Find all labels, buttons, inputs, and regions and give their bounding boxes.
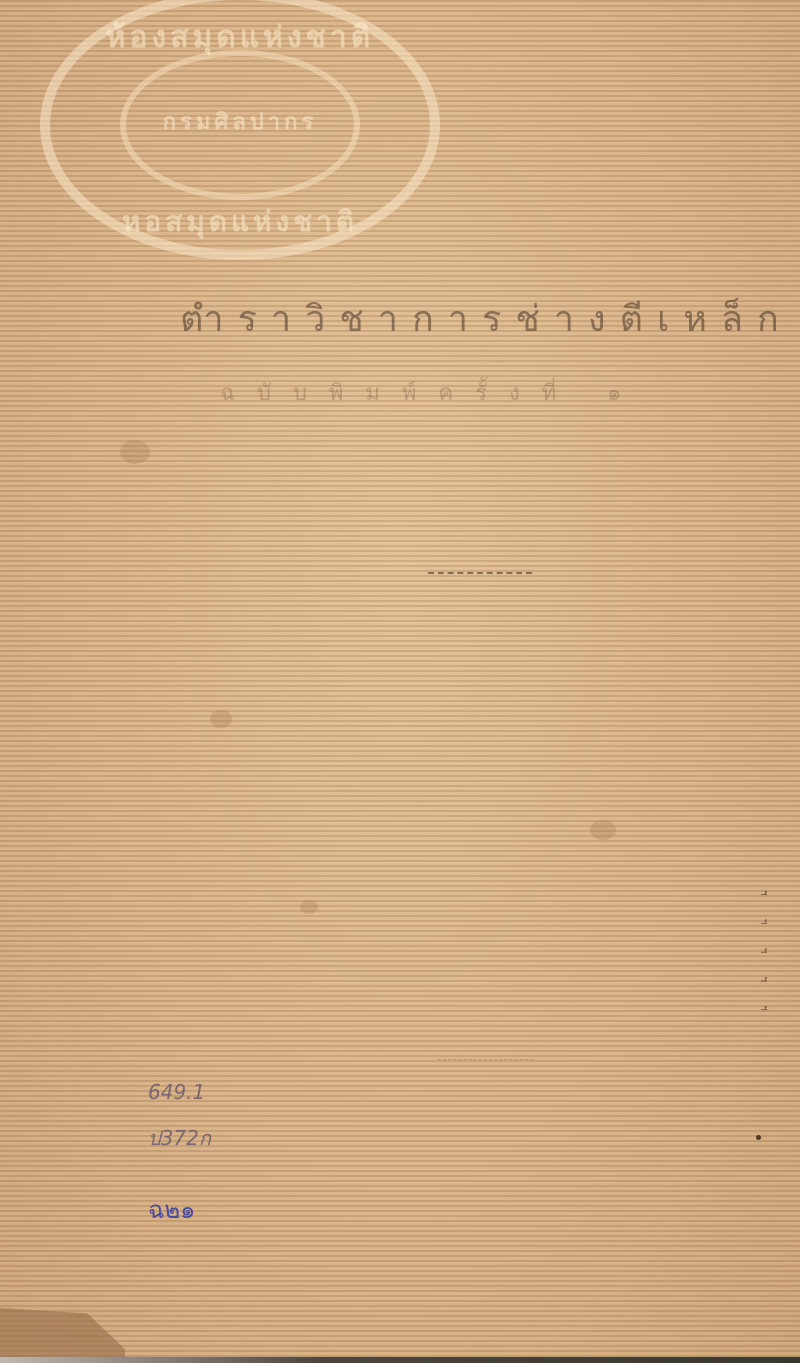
- document-title: ตำราวิชาการช่างตีเหล็ก: [180, 290, 770, 347]
- stain: [210, 710, 232, 728]
- stain: [120, 440, 150, 464]
- divider-rule: [428, 572, 532, 574]
- scan-bottom-edge: [0, 1357, 800, 1363]
- stain: [300, 900, 318, 914]
- library-stamp: ห้องสมุดแห่งชาติ กรมศิลปากร หอสมุดแห่งชา…: [40, 0, 440, 260]
- stain: [590, 820, 616, 840]
- stamp-middle-text: กรมศิลปากร: [50, 104, 430, 139]
- torn-corner: [0, 1308, 125, 1363]
- stamp-bottom-text: หอสมุดแห่งชาติ: [50, 200, 430, 244]
- divider-rule-faint: [438, 1059, 533, 1060]
- call-number-copy: ฉ๒๑: [148, 1190, 195, 1229]
- edge-marks: ฯ ฯ ฯ ฯ ฯ: [760, 890, 774, 1021]
- document-subtitle: ฉบับพิมพ์ครั้งที่ ๑: [220, 375, 720, 410]
- call-number-class: 649.1: [148, 1080, 205, 1104]
- ink-dot: [756, 1135, 761, 1140]
- call-number-cutter: ป372ก: [148, 1122, 211, 1154]
